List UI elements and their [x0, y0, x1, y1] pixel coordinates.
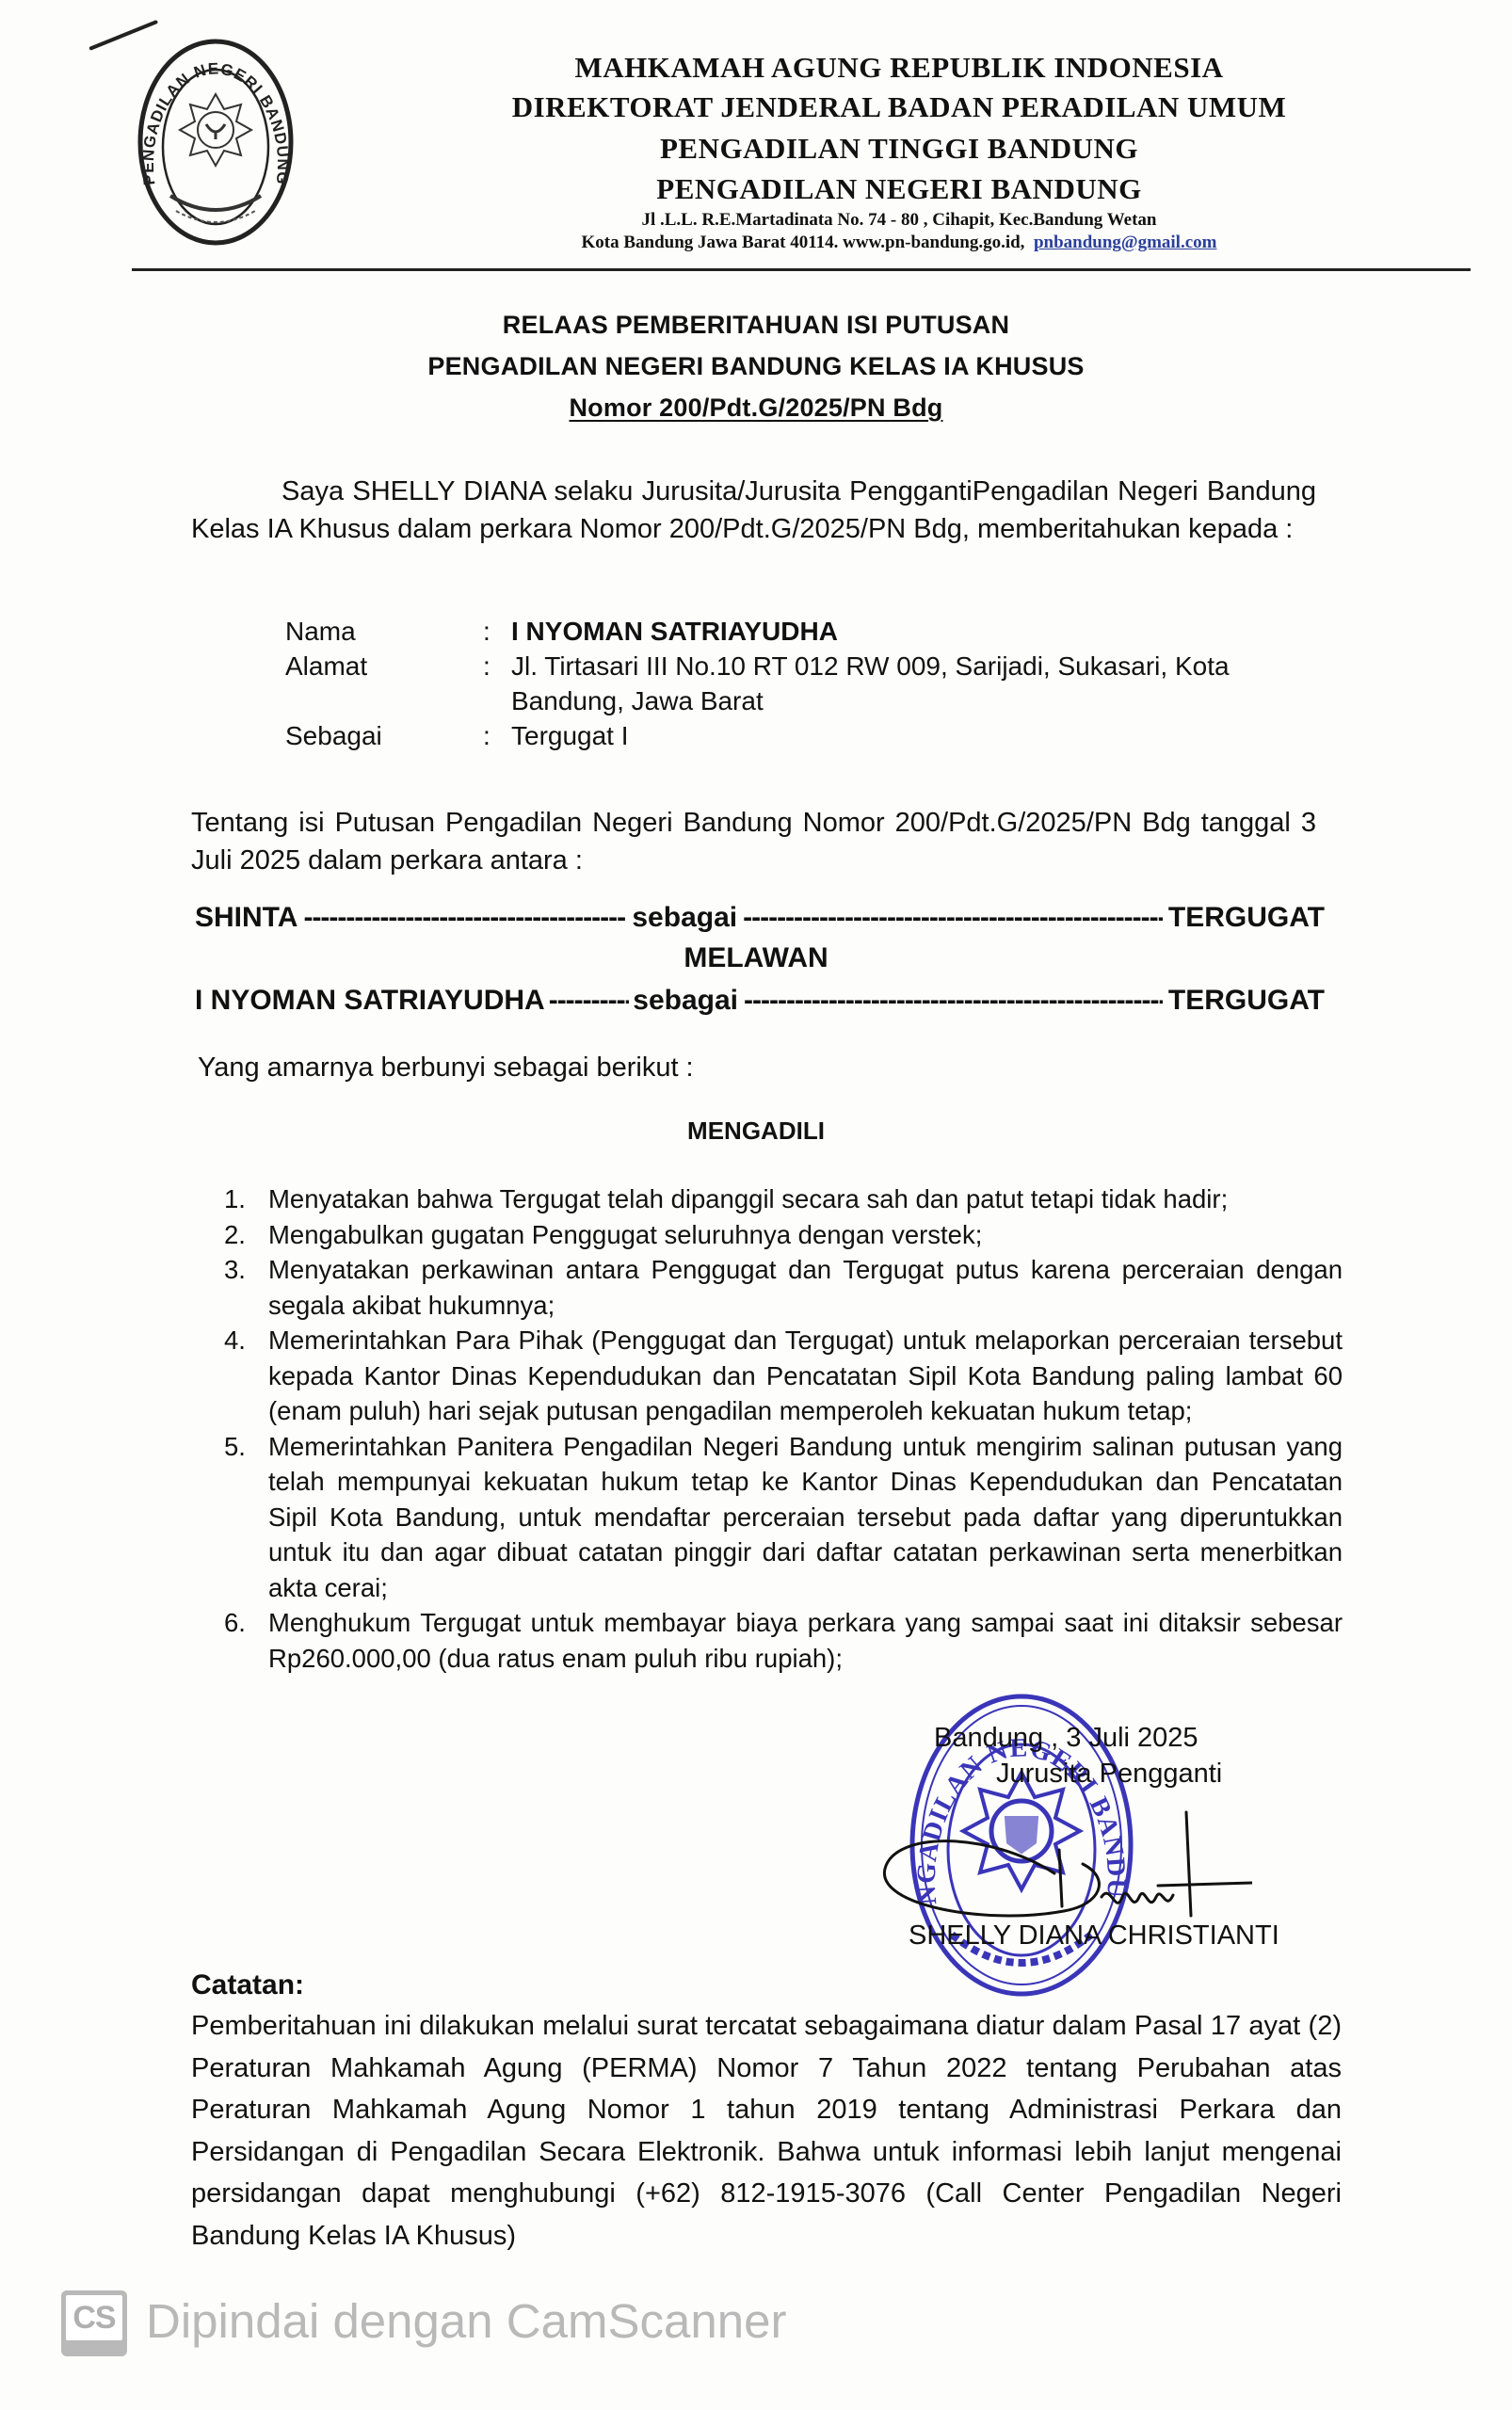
- verdict-number: 2.: [224, 1217, 268, 1253]
- verdict-number: 4.: [224, 1323, 268, 1429]
- dash-leader: ----------------------------------------…: [744, 985, 1163, 1017]
- letterhead-line-2: DIREKTORAT JENDERAL BADAN PERADILAN UMUM: [395, 90, 1403, 124]
- verdict-item: 1.Menyatakan bahwa Tergugat telah dipang…: [224, 1181, 1343, 1217]
- letterhead-contact: Kota Bandung Jawa Barat 40114. www.pn-ba…: [395, 233, 1403, 253]
- verdict-number: 6.: [224, 1605, 268, 1676]
- court-logo-icon: PENGADILAN NEGERI BANDUNG: [135, 36, 297, 249]
- verdict-number: 5.: [224, 1429, 268, 1606]
- field-row-nama: Nama : I NYOMAN SATRIAYUDHA: [285, 614, 1321, 649]
- signature-place-date: Bandung , 3 Juli 2025: [934, 1723, 1198, 1754]
- email-link[interactable]: pnbandung@gmail.com: [1034, 233, 1217, 252]
- tentang-paragraph: Tentang isi Putusan Pengadilan Negeri Ba…: [191, 804, 1316, 879]
- field-label: Alamat: [285, 649, 483, 718]
- recipient-fields: Nama : I NYOMAN SATRIAYUDHA Alamat : Jl.…: [285, 614, 1321, 753]
- field-value-nama: I NYOMAN SATRIAYUDHA: [511, 614, 1321, 649]
- party-name: I NYOMAN SATRIAYUDHA: [195, 985, 545, 1017]
- verdict-text: Memerintahkan Para Pihak (Penggugat dan …: [268, 1323, 1343, 1429]
- verdict-text: Mengabulkan gugatan Penggugat seluruhnya…: [268, 1217, 1343, 1253]
- party-name: SHINTA: [195, 902, 298, 934]
- field-row-alamat: Alamat : Jl. Tirtasari III No.10 RT 012 …: [285, 649, 1321, 718]
- dash-leader: -----------: [549, 985, 630, 1017]
- letterhead-city-website: Kota Bandung Jawa Barat 40114. www.pn-ba…: [582, 233, 1025, 252]
- verdict-text: Menghukum Tergugat untuk membayar biaya …: [268, 1605, 1343, 1676]
- document-title: RELAAS PEMBERITAHUAN ISI PUTUSAN: [0, 311, 1512, 340]
- verdict-item: 2.Mengabulkan gugatan Penggugat seluruhn…: [224, 1217, 1343, 1253]
- verdict-text: Menyatakan bahwa Tergugat telah dipanggi…: [268, 1181, 1343, 1217]
- signature-role: Jurusita Pengganti: [996, 1759, 1222, 1790]
- letterhead-line-4: PENGADILAN NEGERI BANDUNG: [395, 172, 1403, 206]
- letterhead-line-1: MAHKAMAH AGUNG REPUBLIK INDONESIA: [395, 51, 1403, 85]
- party-as: sebagai: [633, 985, 738, 1017]
- camscanner-logo-icon: CS: [61, 2290, 127, 2356]
- document-subtitle: PENGADILAN NEGERI BANDUNG KELAS IA KHUSU…: [0, 352, 1512, 381]
- party-as: sebagai: [632, 902, 737, 934]
- letterhead-line-3: PENGADILAN TINGGI BANDUNG: [395, 132, 1403, 166]
- dash-leader: ----------------------------------------…: [303, 902, 626, 934]
- verdict-text: Menyatakan perkawinan antara Penggugat d…: [268, 1252, 1343, 1323]
- letterhead-address: Jl .L.L. R.E.Martadinata No. 74 - 80 , C…: [395, 210, 1403, 231]
- field-value-sebagai: Tergugat I: [511, 718, 1321, 753]
- field-colon: :: [483, 649, 511, 718]
- party-role: TERGUGAT: [1168, 902, 1325, 934]
- party-row-1: SHINTA ---------------------------------…: [195, 902, 1325, 934]
- party-row-2: I NYOMAN SATRIAYUDHA ----------- sebagai…: [195, 985, 1325, 1017]
- signatory-name: SHELLY DIANA CHRISTIANTI: [909, 1920, 1279, 1952]
- mengadili-heading: MENGADILI: [0, 1117, 1512, 1146]
- letterhead-divider: [132, 268, 1471, 271]
- document-number: Nomor 200/Pdt.G/2025/PN Bdg: [0, 394, 1512, 423]
- verdict-list: 1.Menyatakan bahwa Tergugat telah dipang…: [224, 1181, 1343, 1676]
- notes-heading: Catatan:: [191, 1969, 304, 2001]
- verdict-number: 1.: [224, 1181, 268, 1217]
- notes-text: Pemberitahuan ini dilakukan melalui sura…: [191, 2005, 1342, 2257]
- verdict-item: 6.Menghukum Tergugat untuk membayar biay…: [224, 1605, 1343, 1676]
- verdict-number: 3.: [224, 1252, 268, 1323]
- intro-text: Saya SHELLY DIANA selaku Jurusita/Jurusi…: [191, 476, 1316, 544]
- field-value-alamat: Jl. Tirtasari III No.10 RT 012 RW 009, S…: [511, 649, 1293, 718]
- dash-leader: ----------------------------------------…: [743, 902, 1163, 934]
- intro-paragraph: Saya SHELLY DIANA selaku Jurusita/Jurusi…: [191, 473, 1316, 548]
- field-colon: :: [483, 614, 511, 649]
- verdict-item: 5.Memerintahkan Panitera Pengadilan Nege…: [224, 1429, 1343, 1606]
- verdict-item: 3.Menyatakan perkawinan antara Penggugat…: [224, 1252, 1343, 1323]
- verdict-text: Memerintahkan Panitera Pengadilan Negeri…: [268, 1429, 1343, 1606]
- field-row-sebagai: Sebagai : Tergugat I: [285, 718, 1321, 753]
- field-label: Sebagai: [285, 718, 483, 753]
- field-colon: :: [483, 718, 511, 753]
- camscanner-badge-text: CS: [66, 2295, 122, 2340]
- amar-intro: Yang amarnya berbunyi sebagai berikut :: [198, 1052, 694, 1084]
- party-role: TERGUGAT: [1168, 985, 1325, 1017]
- verdict-item: 4.Memerintahkan Para Pihak (Penggugat da…: [224, 1323, 1343, 1429]
- field-label: Nama: [285, 614, 483, 649]
- camscanner-watermark: Dipindai dengan CamScanner: [146, 2293, 786, 2349]
- versus-label: MELAWAN: [0, 942, 1512, 974]
